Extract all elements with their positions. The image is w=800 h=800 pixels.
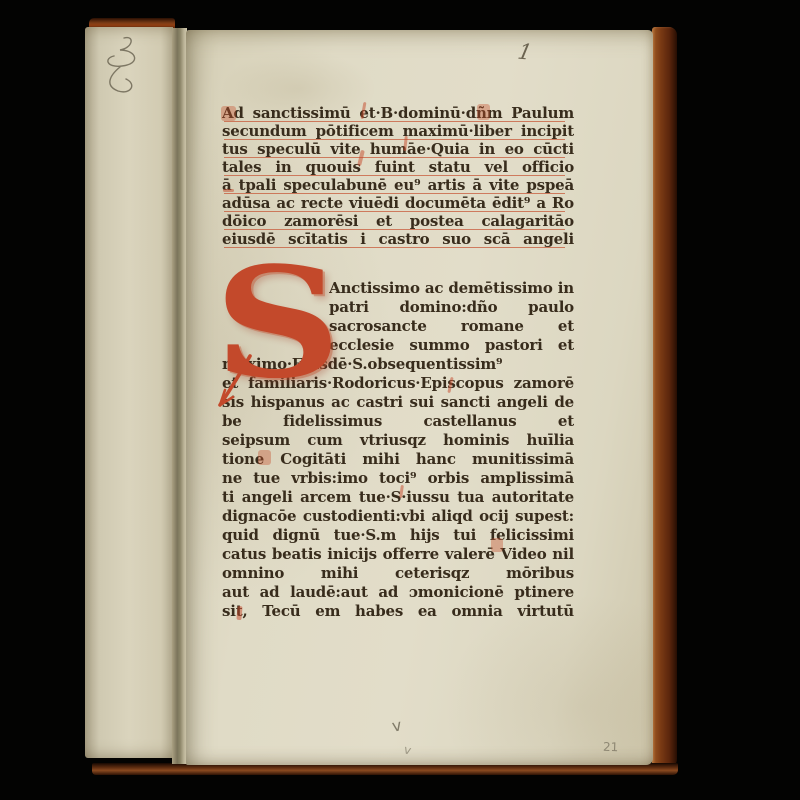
incipit-line: ā tpali speculabunē eu⁹ artis ā vite psp…: [222, 176, 574, 194]
incipit-line: Ad sanctissimū et·B·dominū·dñm Paulum: [222, 104, 574, 122]
incipit-line: tus speculū vite humāe·Quia in eo cūcti …: [222, 140, 574, 158]
initial-tail-flourish: [212, 352, 258, 414]
dedication-line: patri domino:dño paulo secundo: [329, 298, 574, 317]
binding-edge-right: [652, 27, 677, 768]
dedication-line: ecclesie summo pastori et pontifici: [329, 336, 574, 355]
incipit-line: dōico zamorēsi et postea calagaritāo his…: [222, 212, 574, 230]
facing-page-edge: [85, 27, 173, 758]
rubrication-mark: [491, 538, 503, 552]
rubrication-mark: [221, 106, 236, 121]
dedication-line: catus beatis inicijs offerre valerē Vide…: [222, 545, 574, 564]
dedication-line: ti angeli arcem tue·S·iussu tua autorita…: [222, 488, 574, 507]
dedication-line: be fidelissimus castellanus et referēdar…: [222, 412, 574, 431]
rubrication-mark: [477, 104, 490, 120]
dedication-line: sacrosancte romane et vniūsalis: [329, 317, 574, 336]
dedication-indented-lines: Anctissimo ac demētissimo in xpōpatri do…: [329, 279, 574, 355]
incipit-paragraph: Ad sanctissimū et·B·dominū·dñm Paulumsec…: [222, 104, 574, 248]
dedication-line: omnino mihi ceterisqz mōribus supesse:qd: [222, 564, 574, 583]
dedication-line: sit, Tecū em habes ea omnia virtutū ōimē…: [222, 602, 574, 621]
incipit-line: tales in quouis fuint statu vel officio …: [222, 158, 574, 176]
rubrication-mark: [223, 189, 234, 192]
dedication-line: ne tue vrbis:imo toci⁹ orbis amplissimā …: [222, 469, 574, 488]
pen-flourish-mark: [96, 34, 144, 98]
incipit-line: adūsa ac recte viuēdi documēta ēdit⁹ a R…: [222, 194, 574, 212]
book-gutter: [172, 28, 187, 764]
manuscript-photograph: 1 Ad sanctissimū et·B·dominū·dñm Paulums…: [0, 0, 800, 800]
dedication-line: aut ad laudē:aut ad ɔmonicionē ptinere p…: [222, 583, 574, 602]
pencil-mark: 21: [603, 740, 619, 755]
dedication-line: dignacōe custodienti:vbi aliqd ocij supe…: [222, 507, 574, 526]
dedication-line: tione Cogitāti mihi hanc munitissimā rom…: [222, 450, 574, 469]
dedication-line: Anctissimo ac demētissimo in xpō: [329, 279, 574, 298]
dedication-line: quid dignū tue·S.m hijs tui felicissimi …: [222, 526, 574, 545]
rubrication-mark: [258, 450, 271, 465]
incipit-line: secundum pōtificem maximū·liber incipit …: [222, 122, 574, 140]
dedication-line: seipsum cum vtriusqz hominis huīlia incl…: [222, 431, 574, 450]
